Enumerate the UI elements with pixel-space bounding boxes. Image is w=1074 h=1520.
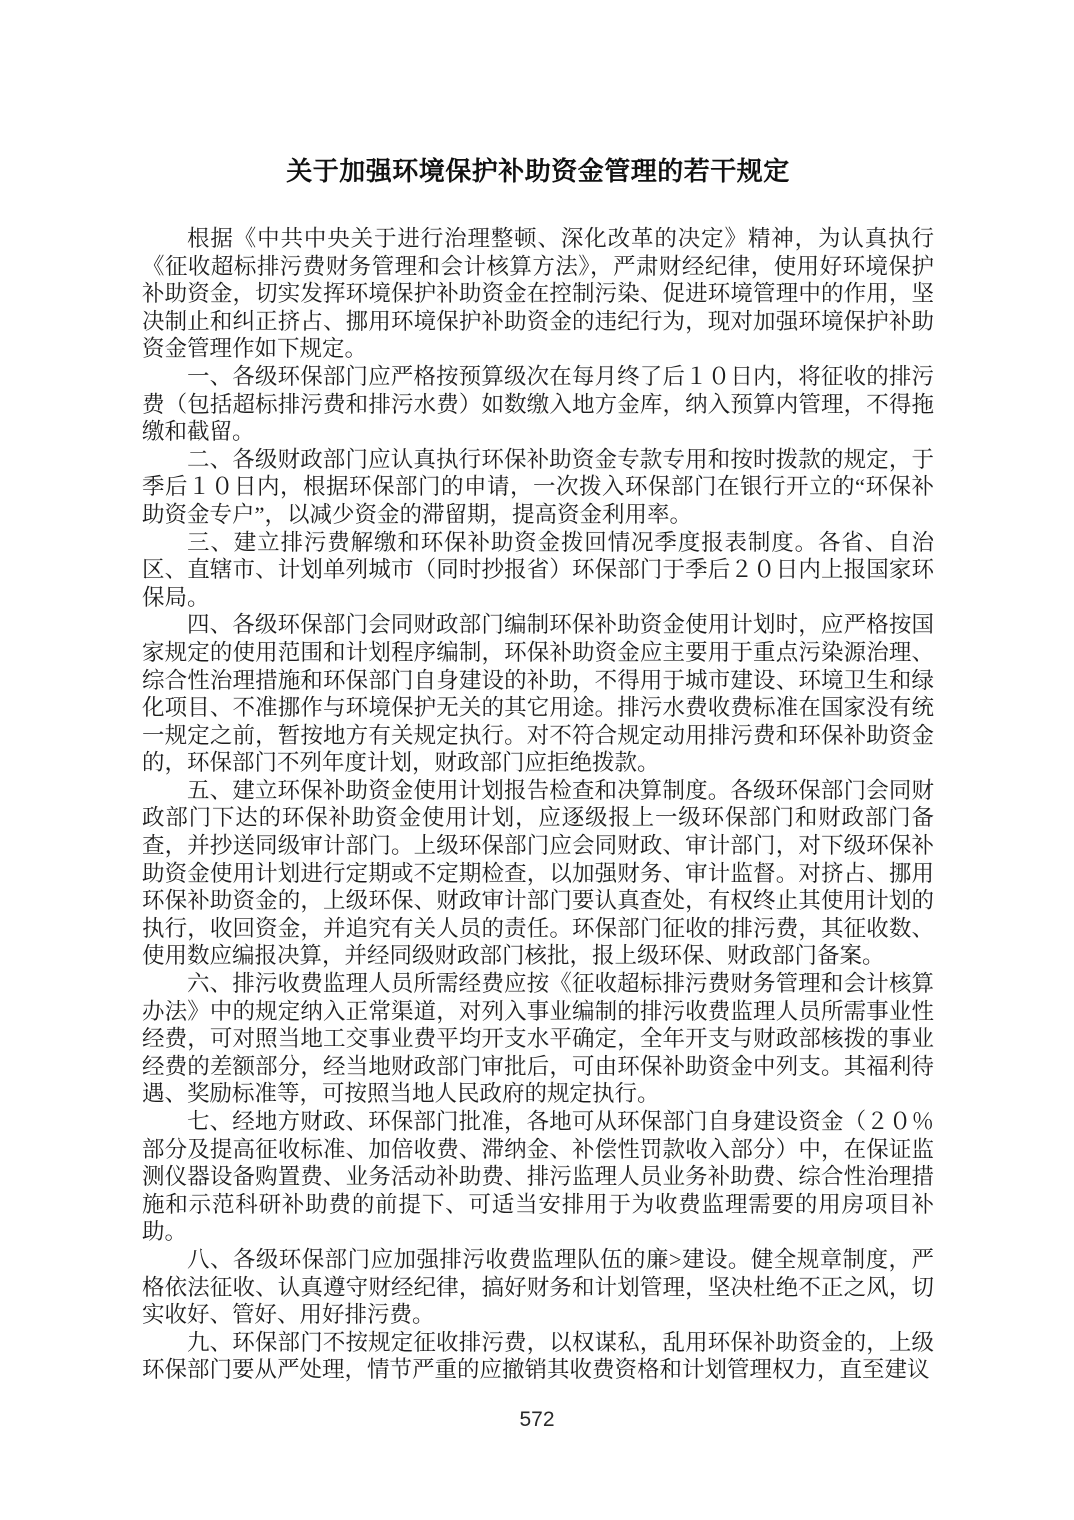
paragraph-item-3: 三、建立排污费解缴和环保补助资金拨回情况季度报表制度。各省、自治区、直辖市、计划…: [142, 529, 934, 612]
document-body: 根据《中共中央关于进行治理整顿、深化改革的决定》精神，为认真执行《征收超标排污费…: [142, 225, 934, 1384]
document-title: 关于加强环境保护补助资金管理的若干规定: [142, 156, 934, 188]
document-content: 关于加强环境保护补助资金管理的若干规定 根据《中共中央关于进行治理整顿、深化改革…: [142, 156, 934, 1384]
document-page: 关于加强环境保护补助资金管理的若干规定 根据《中共中央关于进行治理整顿、深化改革…: [0, 0, 1074, 1520]
paragraph-item-5: 五、建立环保补助资金使用计划报告检查和决算制度。各级环保部门会同财政部门下达的环…: [142, 777, 934, 970]
page-number: 572: [0, 1408, 1074, 1432]
paragraph-item-9: 九、环保部门不按规定征收排污费，以权谋私，乱用环保补助资金的，上级环保部门要从严…: [142, 1329, 934, 1384]
paragraph-item-4: 四、各级环保部门会同财政部门编制环保补助资金使用计划时，应严格按国家规定的使用范…: [142, 611, 934, 777]
paragraph-item-8: 八、各级环保部门应加强排污收费监理队伍的廉>建设。健全规章制度，严格依法征收、认…: [142, 1246, 934, 1329]
paragraph-intro: 根据《中共中央关于进行治理整顿、深化改革的决定》精神，为认真执行《征收超标排污费…: [142, 225, 934, 363]
paragraph-item-6: 六、排污收费监理人员所需经费应按《征收超标排污费财务管理和会计核算办法》中的规定…: [142, 970, 934, 1108]
paragraph-item-7: 七、经地方财政、环保部门批准，各地可从环保部门自身建设资金（２０％部分及提高征收…: [142, 1108, 934, 1246]
paragraph-item-1: 一、各级环保部门应严格按预算级次在每月终了后１０日内，将征收的排污费（包括超标排…: [142, 363, 934, 446]
paragraph-item-2: 二、各级财政部门应认真执行环保补助资金专款专用和按时拨款的规定，于季后１０日内，…: [142, 446, 934, 529]
